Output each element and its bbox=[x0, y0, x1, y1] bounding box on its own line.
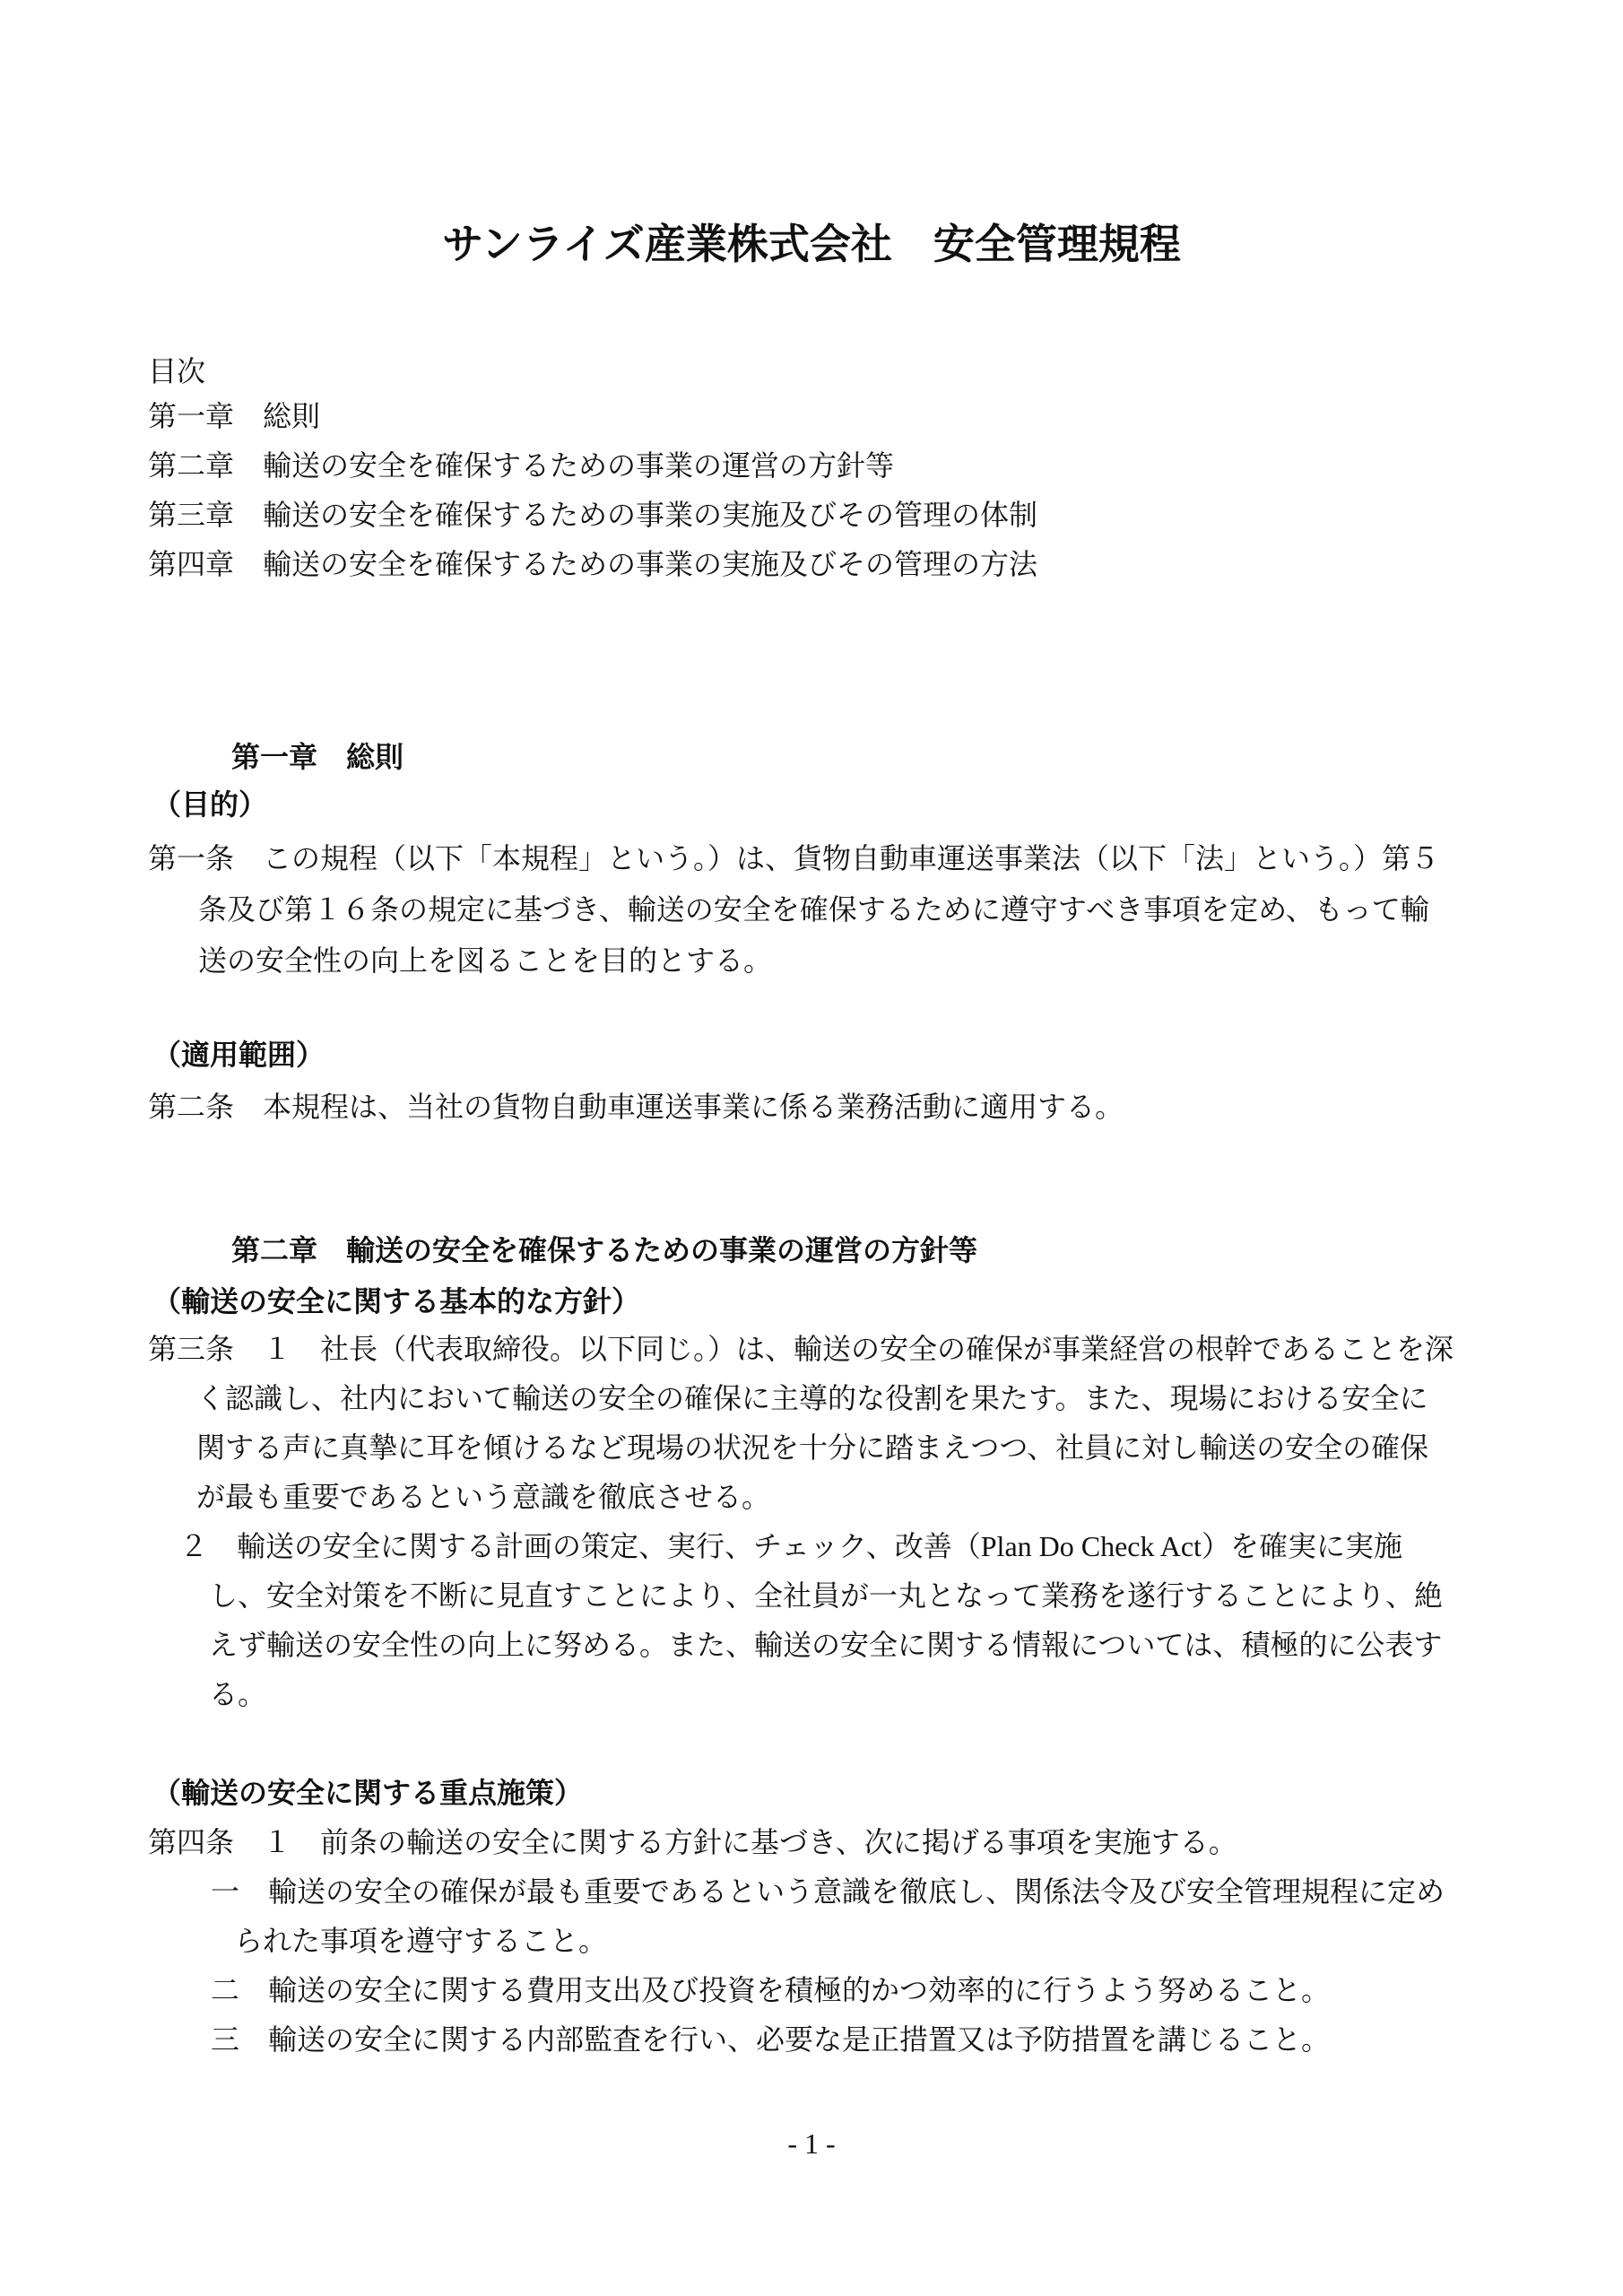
list-item-line: 一 輸送の安全の確保が最も重要であるという意識を徹底し、関係法令及び安全管理規程… bbox=[211, 1875, 1445, 1908]
article-caption: （目的） bbox=[152, 788, 267, 821]
toc-header: 目次 bbox=[148, 355, 205, 387]
article-line: ２ 輸送の安全に関する計画の策定、実行、チェック、改善（Plan Do Chec… bbox=[179, 1530, 1402, 1562]
article-line: えず輸送の安全性の向上に努める。また、輸送の安全に関する情報については、積極的に… bbox=[209, 1629, 1442, 1661]
chapter-heading: 第二章 輸送の安全を確保するための事業の運営の方針等 bbox=[231, 1234, 977, 1266]
article-line: く認識し、社内において輸送の安全の確保に主導的な役割を果たす。また、現場における… bbox=[196, 1382, 1428, 1414]
article-line: 関する声に真摯に耳を傾けるなど現場の状況を十分に踏まえつつ、社員に対し輸送の安全… bbox=[196, 1431, 1428, 1464]
list-item-line: 三 輸送の安全に関する内部監査を行い、必要な是正措置又は予防措置を講じること。 bbox=[211, 2023, 1330, 2056]
article-line: 送の安全性の向上を図ることを目的とする。 bbox=[198, 944, 772, 977]
toc-entry: 第四章 輸送の安全を確保するための事業の実施及びその管理の方法 bbox=[148, 548, 1037, 580]
article-caption: （輸送の安全に関する基本的な方針） bbox=[152, 1285, 640, 1318]
article-line: し、安全対策を不断に見直すことにより、全社員が一丸となって業務を遂行することによ… bbox=[209, 1579, 1443, 1612]
article-line: る。 bbox=[209, 1678, 266, 1710]
article-caption: （適用範囲） bbox=[152, 1039, 325, 1071]
article-line: 第一条 この規程（以下「本規程」という。）は、貨物自動車運送事業法（以下「法」と… bbox=[148, 842, 1439, 874]
article-line: 第三条 １ 社長（代表取締役。以下同じ。）は、輸送の安全の確保が事業経営の根幹で… bbox=[148, 1333, 1454, 1365]
article-line: 条及び第１６条の規定に基づき、輸送の安全を確保するために遵守すべき事項を定め、も… bbox=[198, 893, 1429, 926]
article-line: が最も重要であるという意識を徹底させる。 bbox=[196, 1481, 770, 1513]
chapter-heading: 第一章 総則 bbox=[231, 741, 404, 773]
article-caption: （輸送の安全に関する重点施策） bbox=[152, 1777, 583, 1809]
toc-entry: 第三章 輸送の安全を確保するための事業の実施及びその管理の体制 bbox=[148, 499, 1037, 531]
list-item-line: られた事項を遵守すること。 bbox=[234, 1925, 607, 1957]
toc-entry: 第二章 輸送の安全を確保するための事業の運営の方針等 bbox=[148, 449, 894, 482]
article-line: 第四条 １ 前条の輸送の安全に関する方針に基づき、次に掲げる事項を実施する。 bbox=[148, 1826, 1237, 1858]
article-line: 第二条 本規程は、当社の貨物自動車運送事業に係る業務活動に適用する。 bbox=[148, 1091, 1124, 1123]
document-page: サンライズ産業株式会社 安全管理規程目次第一章 総則第二章 輸送の安全を確保する… bbox=[0, 0, 1623, 2296]
document-title: サンライズ産業株式会社 安全管理規程 bbox=[0, 221, 1623, 267]
list-item-line: 二 輸送の安全に関する費用支出及び投資を積極的かつ効率的に行うよう努めること。 bbox=[211, 1974, 1330, 2006]
toc-entry: 第一章 総則 bbox=[148, 400, 320, 432]
page-number: - 1 - bbox=[0, 2127, 1623, 2160]
